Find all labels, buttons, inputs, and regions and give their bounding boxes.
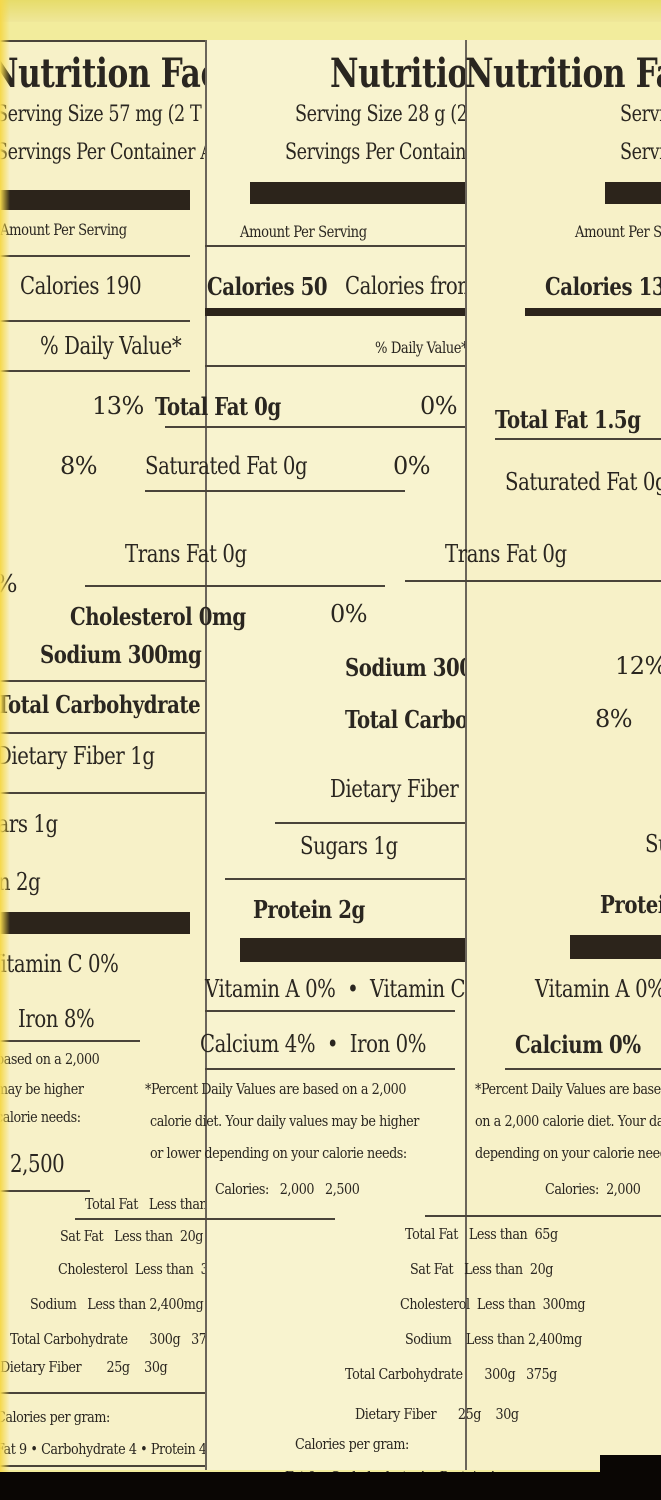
dv-nutrient: Total Carbohydrate — [10, 1330, 128, 1348]
footnote-line: or lower depending on your calorie needs… — [150, 1144, 407, 1162]
iron-pct: 8% — [64, 1005, 94, 1033]
sat-fat-pct: 0% — [393, 452, 430, 480]
calories-label: Calories: — [215, 1180, 269, 1198]
carb-label: Total Carbohydrate — [0, 690, 200, 719]
divider — [0, 370, 190, 372]
dv-qual: Less than — [469, 1225, 527, 1243]
vitamin-c-pct: 0% — [88, 950, 118, 978]
dv-2500: 30g — [144, 1358, 167, 1376]
calories: Calories 130 — [545, 272, 661, 301]
divider — [505, 1068, 661, 1070]
medium-divider — [525, 308, 661, 316]
divider — [225, 878, 485, 880]
daily-value-header: % Daily Value* — [375, 338, 467, 357]
dv-qual: Less than — [477, 1295, 535, 1313]
vitamin-c: • Vitamin C 0% — [0, 950, 118, 978]
thick-divider — [0, 912, 190, 934]
calories-row: Calories: 2,000 2,500 — [215, 1180, 359, 1198]
protein-row: Protein 4g — [600, 890, 661, 919]
total-fat-value: 0g — [254, 392, 281, 421]
mineral-row: Calcium 4% • Iron 0% — [200, 1030, 426, 1058]
protein-value: 2g — [16, 868, 40, 896]
dv-row: Dietary Fiber 25g 30g — [0, 1358, 167, 1376]
sat-fat-label: Saturated Fat — [145, 452, 277, 480]
calorie-col-2500: 2,500 — [10, 1150, 64, 1178]
footnote-line: calorie diet. Your daily values may be h… — [150, 1112, 419, 1130]
left-edge-shadow — [0, 0, 10, 1500]
total-fat-row: Total Fat 0g — [155, 392, 281, 421]
dv-qual: Less than — [114, 1227, 172, 1245]
amount-per-serving: Amount Per Serving — [575, 222, 661, 241]
dv-nutrient: Dietary Fiber — [0, 1358, 81, 1376]
divider — [0, 255, 190, 257]
carb-pct: 8% — [595, 705, 632, 733]
dv-qual: Less than — [87, 1295, 145, 1313]
iron-label: Iron — [18, 1005, 58, 1033]
iron-pct: 0% — [396, 1030, 426, 1058]
dv-2000: 300g — [149, 1330, 180, 1348]
fiber-value: 1g — [130, 742, 154, 770]
calories: Calories 50 — [207, 272, 327, 301]
dv-2000: 2,400mg — [528, 1330, 582, 1348]
sodium-row: Sodium 300mg — [40, 640, 201, 669]
thick-divider — [570, 935, 661, 959]
bottom-dark-band — [0, 1472, 661, 1500]
cal-2500: 2,500 — [325, 1180, 359, 1198]
trans-fat-value: 0g — [222, 540, 246, 568]
protein-label: Protein — [253, 895, 332, 924]
dv-row: Total Carbohydrate 300g 375g — [10, 1330, 222, 1348]
iron: Iron 8% — [18, 1005, 94, 1033]
bottom-dark-corner — [600, 1455, 661, 1472]
sodium-pct: 12% — [615, 652, 661, 680]
sodium-value: 300mg — [128, 640, 202, 669]
dv-nutrient: Total Fat — [405, 1225, 458, 1243]
calories-per-gram: Fat 9 • Carbohydrate 4 • Protein 4 — [0, 1440, 207, 1458]
dv-nutrient: Cholesterol — [400, 1295, 470, 1313]
label-left-border — [465, 40, 467, 1470]
sat-fat-value: 0g — [643, 468, 661, 496]
dv-row: Sat Fat Less than 20g — [410, 1260, 553, 1278]
cholesterol-value: 0mg — [199, 602, 246, 631]
dv-nutrient: Total Carbohydrate — [345, 1365, 463, 1383]
dv-row: Total Fat Less than 65g — [405, 1225, 558, 1243]
dv-2500: 375g — [526, 1365, 557, 1383]
cholesterol-pct: 0% — [330, 600, 367, 628]
dv-2000: 2,400mg — [149, 1295, 203, 1313]
calories-per-gram-label: Calories per gram: — [0, 1408, 110, 1426]
calories-row: Calories: 2,000 — [545, 1180, 641, 1198]
divider — [205, 1010, 455, 1012]
dv-row: Sodium Less than 2,400mg — [405, 1330, 582, 1348]
fiber-row: Dietary Fiber 1g — [0, 742, 155, 770]
dv-nutrient: Total Fat — [85, 1195, 138, 1213]
vitamin-a-pct: 0% — [635, 975, 661, 1003]
vitamin-a-pct: 0% — [305, 975, 335, 1003]
dv-nutrient: Sat Fat — [60, 1227, 103, 1245]
amount-per-serving: Amount Per Serving — [240, 222, 367, 241]
sugars-label: Sugars — [300, 832, 368, 860]
cholesterol-label: Cholesterol — [70, 602, 192, 631]
trans-fat-label: Trans Fat — [125, 540, 217, 568]
dv-row: Dietary Fiber 25g 30g — [355, 1405, 519, 1423]
cal-2000: 2,000 — [606, 1180, 640, 1198]
dv-qual: Less than — [466, 1330, 524, 1348]
cal-2000: 2,000 — [280, 1180, 314, 1198]
calories-per-gram-label: Calories per gram: — [295, 1435, 409, 1453]
vitamin-a-label: Vitamin A — [205, 975, 299, 1003]
label-left-border — [205, 40, 207, 1470]
divider — [0, 792, 240, 794]
trans-fat-row: Trans Fat 0g — [445, 540, 567, 568]
thick-divider — [605, 182, 661, 204]
dv-row: Total Carbohydrate 300g 375g — [345, 1365, 557, 1383]
amount-per-serving: Amount Per Serving — [0, 220, 127, 239]
trans-fat-row: Trans Fat 0g — [125, 540, 247, 568]
dv-2000: 300g — [484, 1365, 515, 1383]
divider — [85, 585, 385, 587]
sugars-value: 1g — [33, 810, 57, 838]
dv-row: Cholesterol Less than 300mg — [400, 1295, 585, 1313]
servings-per-container: Servings Per Container — [620, 140, 661, 165]
divider — [405, 580, 661, 582]
divider — [0, 1190, 90, 1192]
calcium-label: Calcium — [515, 1030, 603, 1059]
sodium-label: Sodium — [40, 640, 121, 669]
sat-fat-pct: 8% — [60, 452, 97, 480]
protein-value: 2g — [338, 895, 365, 924]
cholesterol-row: Cholesterol 0mg — [70, 602, 246, 631]
vitamin-a: Vitamin A 0% — [535, 975, 661, 1003]
sat-fat-row: Saturated Fat 0g — [505, 468, 661, 496]
dv-2000: 65g — [535, 1225, 558, 1243]
divider — [495, 438, 661, 440]
vitamin-c-label: Vitamin C — [0, 950, 82, 978]
divider — [0, 320, 190, 322]
total-fat-pct: 13% — [92, 392, 144, 420]
calcium-pct: 0% — [609, 1030, 641, 1059]
dv-nutrient: Sodium — [405, 1330, 451, 1348]
sat-fat-value: 0g — [283, 452, 307, 480]
total-fat-value: 1.5g — [594, 405, 640, 434]
footnote-line: depending on your calorie needs: — [475, 1144, 661, 1162]
dv-2000: 25g — [107, 1358, 130, 1376]
dv-qual: Less than — [149, 1195, 207, 1213]
sat-fat-row: Saturated Fat 0g — [145, 452, 307, 480]
fiber-label: Dietary Fiber — [330, 775, 458, 803]
fiber-label: Dietary Fiber — [0, 742, 124, 770]
protein-label: Protein — [600, 890, 661, 919]
dv-2000: 25g — [458, 1405, 481, 1423]
total-fat-label: Total Fat — [155, 392, 248, 421]
dv-nutrient: Sat Fat — [410, 1260, 453, 1278]
vitamin-a-label: Vitamin A — [535, 975, 629, 1003]
label-title: Nutrition Facts — [465, 50, 661, 97]
divider — [0, 1040, 140, 1042]
divider — [165, 426, 465, 428]
daily-value-header: % Daily Value* — [40, 332, 181, 360]
footnote-line: *Percent Daily Values are based — [475, 1080, 661, 1098]
dv-nutrient: Sodium — [30, 1295, 76, 1313]
dv-2000: 300mg — [543, 1295, 585, 1313]
dv-nutrient: Cholesterol — [58, 1260, 128, 1278]
trans-fat-value: 0g — [542, 540, 566, 568]
footnote-fragment: based on a 2,000 — [0, 1050, 99, 1068]
vitamin-c-label: Vitamin C — [370, 975, 465, 1003]
dv-2000: 20g — [530, 1260, 553, 1278]
calories: Calories 190 — [20, 272, 141, 300]
divider — [145, 490, 405, 492]
dv-2000: 20g — [180, 1227, 203, 1245]
sugars-value: 1g — [373, 832, 397, 860]
footnote-fragment: may be higher — [0, 1080, 83, 1098]
iron-label: Iron — [350, 1030, 390, 1058]
divider — [425, 1215, 661, 1217]
calcium: Calcium 0% — [515, 1030, 641, 1059]
calcium-label: Calcium — [200, 1030, 279, 1058]
thick-divider — [0, 190, 190, 210]
dv-qual: Less than — [464, 1260, 522, 1278]
vitamin-row: Vitamin A 0% • Vitamin C 0% — [205, 975, 501, 1003]
divider — [205, 1068, 455, 1070]
total-fat-label: Total Fat — [495, 405, 588, 434]
calories-label: Calories: — [545, 1180, 599, 1198]
trans-fat-label: Trans Fat — [445, 540, 537, 568]
sugars-row: Sugars 1g — [300, 832, 398, 860]
sat-fat-label: Saturated Fat — [505, 468, 637, 496]
footnote-line: on a 2,000 calorie diet. Your daily — [475, 1112, 661, 1130]
divider — [75, 1218, 335, 1220]
calcium-pct: 4% — [285, 1030, 315, 1058]
sugars-row: Sugars — [645, 830, 661, 858]
protein-row: Protein 2g — [253, 895, 365, 924]
carb-row: Total Carbohydrate 4g — [0, 690, 233, 719]
dv-qual: Less than — [135, 1260, 193, 1278]
footnote-fragment: calorie needs: — [0, 1108, 81, 1126]
total-fat-pct: 0% — [420, 392, 457, 420]
serving-size: Serving Size — [620, 102, 661, 127]
footnote-line: *Percent Daily Values are based on a 2,0… — [145, 1080, 406, 1098]
dv-nutrient: Dietary Fiber — [355, 1405, 436, 1423]
top-background-band — [0, 0, 661, 22]
total-fat-row: Total Fat 1.5g — [495, 405, 641, 434]
sodium-label: Sodium — [345, 653, 426, 682]
dv-2500: 30g — [496, 1405, 519, 1423]
nutrition-label-right: Nutrition Facts Serving Size Servings Pe… — [465, 40, 661, 1470]
